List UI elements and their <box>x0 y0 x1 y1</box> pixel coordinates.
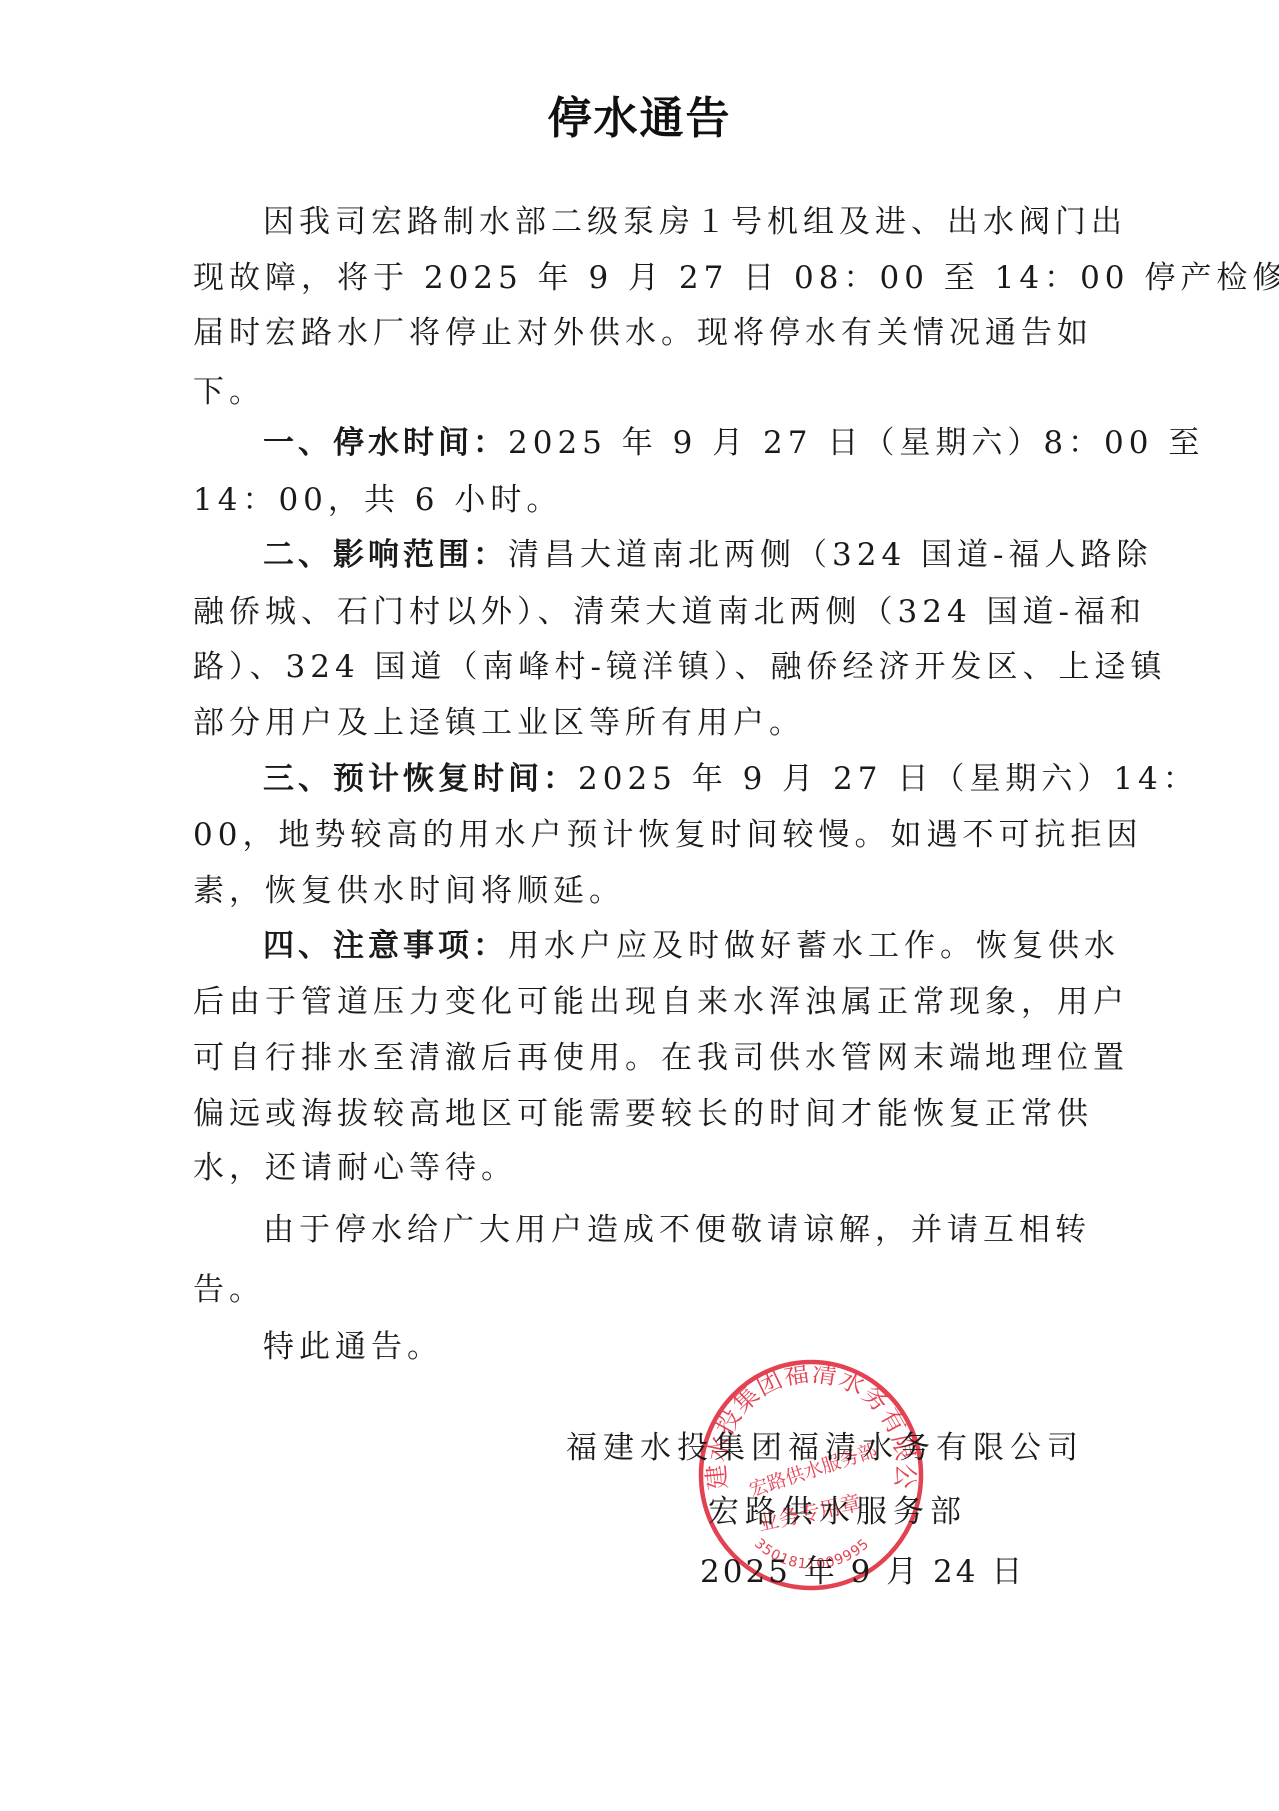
line-text: 现故障，将于 2025 年 9 月 27 日 08：00 至 14：00 停产检… <box>193 260 1279 296</box>
line-text: 因我司宏路制水部二级泵房１号机组及进、出水阀门出 <box>263 204 1127 240</box>
body-text-line: 下。 <box>193 372 1093 412</box>
line-text: 2025 年 9 月 27 日（星期六）8：00 至 <box>508 425 1204 461</box>
line-text: 特此通告。 <box>263 1329 443 1365</box>
body-text-line: 素，恢复供水时间将顺延。 <box>193 871 1093 911</box>
signature-department: 宏路供水服务部 <box>708 1492 967 1532</box>
body-text-line: 融侨城、石门村以外）、清荣大道南北两侧（324 国道-福和 <box>193 592 1093 632</box>
line-text: 偏远或海拔较高地区可能需要较长的时间才能恢复正常供 <box>193 1096 1093 1132</box>
body-text-line: 特此通告。 <box>263 1327 1093 1367</box>
body-text-line: 后由于管道压力变化可能出现自来水浑浊属正常现象，用户 <box>193 982 1093 1022</box>
body-text-line: 水，还请耐心等待。 <box>193 1148 1093 1188</box>
line-text: 后由于管道压力变化可能出现自来水浑浊属正常现象，用户 <box>193 984 1129 1020</box>
line-text: 融侨城、石门村以外）、清荣大道南北两侧（324 国道-福和 <box>193 594 1146 630</box>
body-text-line: 因我司宏路制水部二级泵房１号机组及进、出水阀门出 <box>263 202 1093 242</box>
line-text: 部分用户及上迳镇工业区等所有用户。 <box>193 705 805 741</box>
line-text: 由于停水给广大用户造成不便敬请谅解，并请互相转 <box>263 1212 1091 1248</box>
body-text-line: 14：00，共 6 小时。 <box>193 480 1093 520</box>
line-text: 素，恢复供水时间将顺延。 <box>193 873 625 909</box>
line-text: 下。 <box>193 374 265 410</box>
line-text: 路）、324 国道（南峰村-镜洋镇）、融侨经济开发区、上迳镇 <box>193 649 1167 685</box>
body-text-line: 可自行排水至清澈后再使用。在我司供水管网末端地理位置 <box>193 1038 1093 1078</box>
section-heading-line: 二、影响范围：清昌大道南北两侧（324 国道-福人路除 <box>263 535 1093 575</box>
line-text: 可自行排水至清澈后再使用。在我司供水管网末端地理位置 <box>193 1040 1129 1076</box>
body-text-line: 告。 <box>193 1270 1093 1310</box>
body-text-line: 00，地势较高的用水户预计恢复时间较慢。如遇不可抗拒因 <box>193 815 1093 855</box>
signature-date: 2025 年 9 月 24 日 <box>700 1552 1025 1592</box>
body-text-line: 偏远或海拔较高地区可能需要较长的时间才能恢复正常供 <box>193 1094 1093 1134</box>
body-text-line: 路）、324 国道（南峰村-镜洋镇）、融侨经济开发区、上迳镇 <box>193 647 1093 687</box>
notice-title: 停水通告 <box>0 82 1279 146</box>
line-text: 00，地势较高的用水户预计恢复时间较慢。如遇不可抗拒因 <box>193 817 1142 853</box>
body-text-line: 部分用户及上迳镇工业区等所有用户。 <box>193 703 1093 743</box>
section-heading-line: 四、注意事项：用水户应及时做好蓄水工作。恢复供水 <box>263 926 1093 966</box>
section-heading: 四、注意事项： <box>263 928 508 964</box>
body-text-line: 届时宏路水厂将停止对外供水。现将停水有关情况通告如 <box>193 313 1093 353</box>
section-heading-line: 一、停水时间：2025 年 9 月 27 日（星期六）8：00 至 <box>263 423 1093 463</box>
line-text: 告。 <box>193 1272 265 1308</box>
body-text-line: 现故障，将于 2025 年 9 月 27 日 08：00 至 14：00 停产检… <box>193 258 1093 298</box>
line-text: 2025 年 9 月 27 日（星期六）14： <box>578 761 1199 797</box>
line-text: 清昌大道南北两侧（324 国道-福人路除 <box>508 537 1153 573</box>
section-heading: 三、预计恢复时间： <box>263 761 578 797</box>
section-heading: 二、影响范围： <box>263 537 508 573</box>
line-text: 14：00，共 6 小时。 <box>193 482 562 518</box>
section-heading: 一、停水时间： <box>263 425 508 461</box>
signature-company: 福建水投集团福清水务有限公司 <box>566 1428 1084 1468</box>
body-text-line: 由于停水给广大用户造成不便敬请谅解，并请互相转 <box>263 1210 1093 1250</box>
section-heading-line: 三、预计恢复时间：2025 年 9 月 27 日（星期六）14： <box>263 759 1093 799</box>
line-text: 届时宏路水厂将停止对外供水。现将停水有关情况通告如 <box>193 315 1093 351</box>
line-text: 水，还请耐心等待。 <box>193 1150 517 1186</box>
line-text: 用水户应及时做好蓄水工作。恢复供水 <box>508 928 1120 964</box>
